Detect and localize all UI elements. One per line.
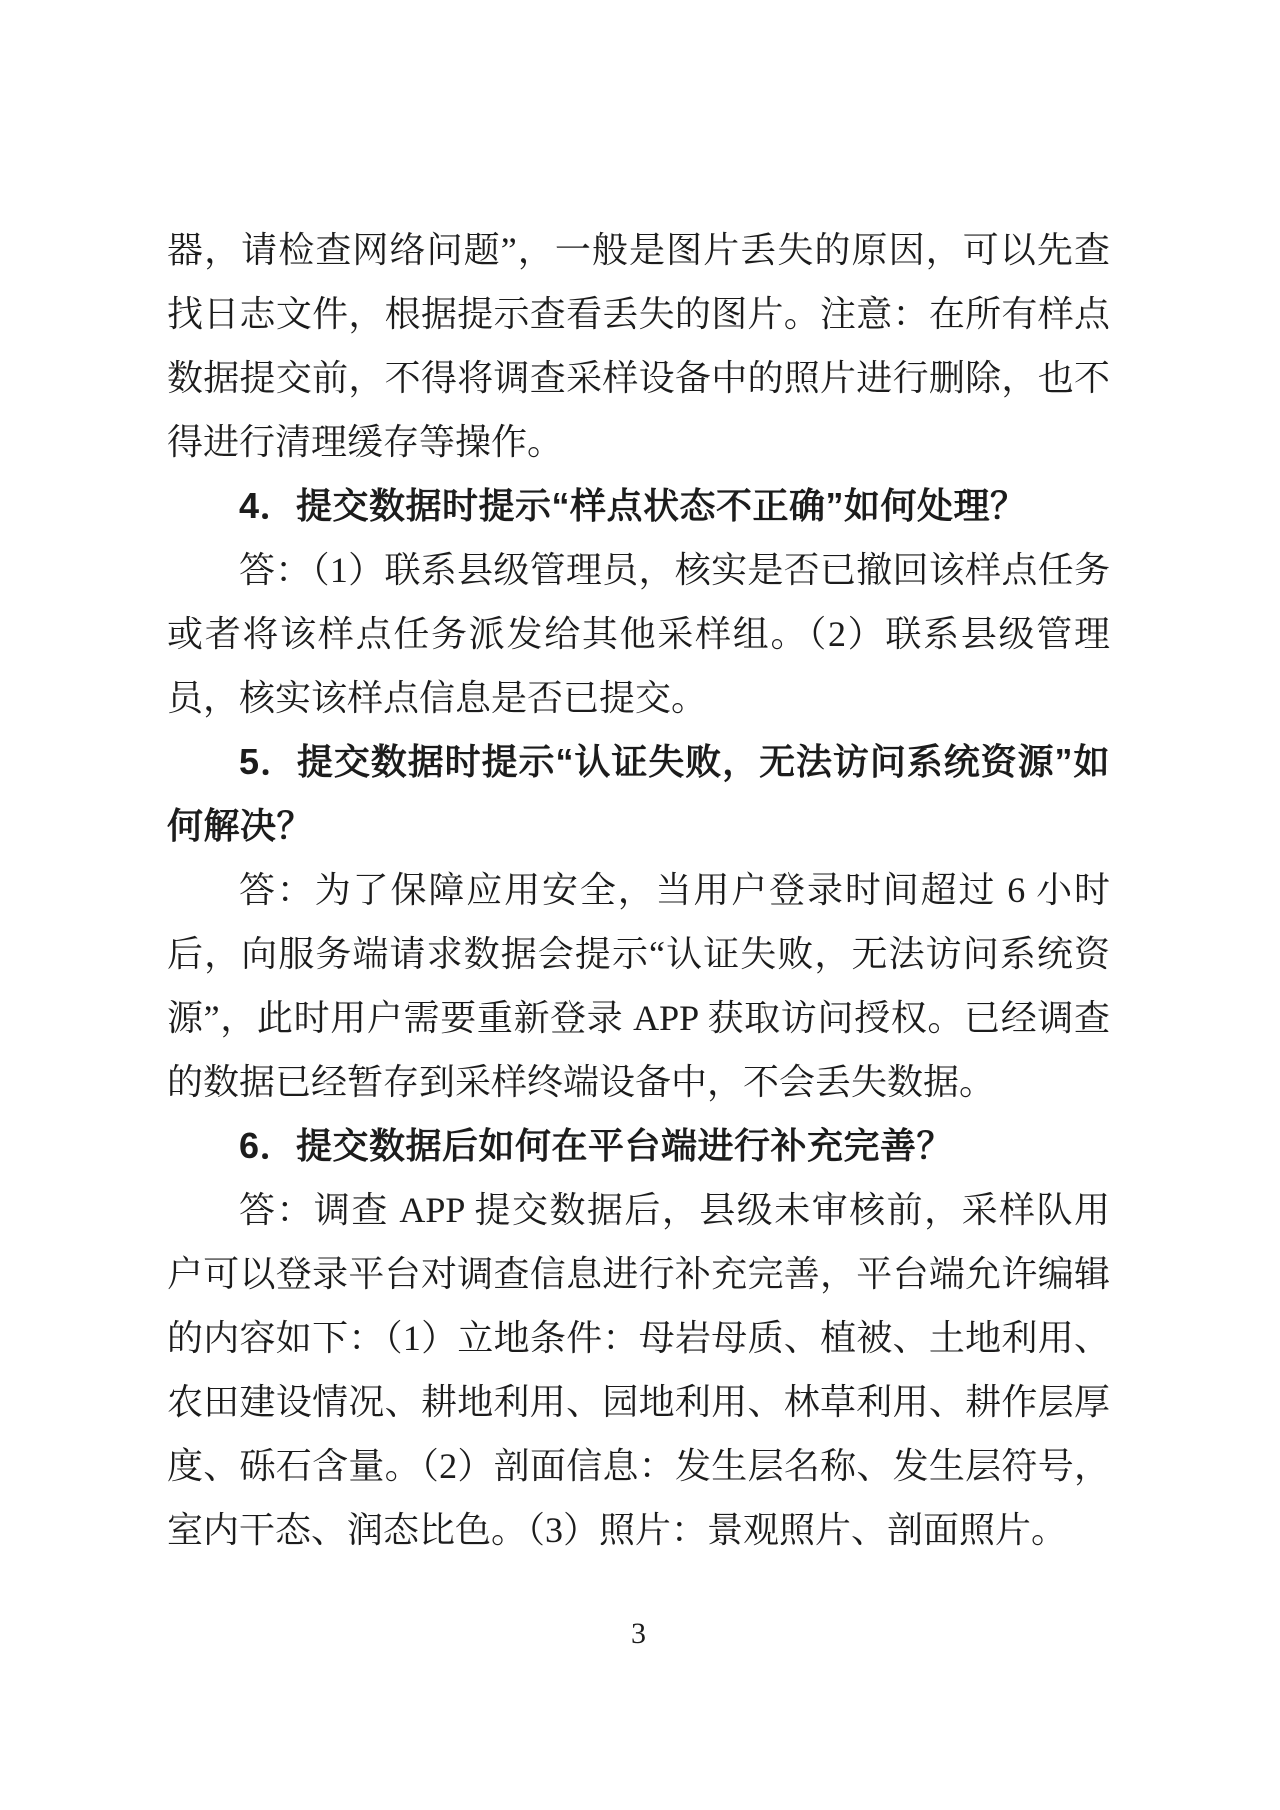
page-number: 3 (167, 1612, 1110, 1656)
question-heading-4: 4．提交数据时提示“样点状态不正确”如何处理？ (167, 474, 1110, 538)
answer-paragraph-5: 答：为了保障应用安全，当用户登录时间超过 6 小时后，向服务端请求数据会提示“认… (167, 858, 1110, 1114)
paragraph-continuation: 器，请检查网络问题”，一般是图片丢失的原因，可以先查找日志文件，根据提示查看丢失… (167, 218, 1110, 474)
answer-paragraph-4: 答：（1）联系县级管理员，核实是否已撤回该样点任务或者将该样点任务派发给其他采样… (167, 538, 1110, 730)
question-heading-5: 5．提交数据时提示“认证失败，无法访问系统资源”如何解决？ (167, 730, 1110, 858)
answer-paragraph-6: 答：调查 APP 提交数据后，县级未审核前，采样队用户可以登录平台对调查信息进行… (167, 1178, 1110, 1562)
document-page: 器，请检查网络问题”，一般是图片丢失的原因，可以先查找日志文件，根据提示查看丢失… (0, 0, 1280, 1810)
question-heading-6: 6．提交数据后如何在平台端进行补充完善？ (167, 1114, 1110, 1178)
document-body: 器，请检查网络问题”，一般是图片丢失的原因，可以先查找日志文件，根据提示查看丢失… (167, 218, 1110, 1562)
